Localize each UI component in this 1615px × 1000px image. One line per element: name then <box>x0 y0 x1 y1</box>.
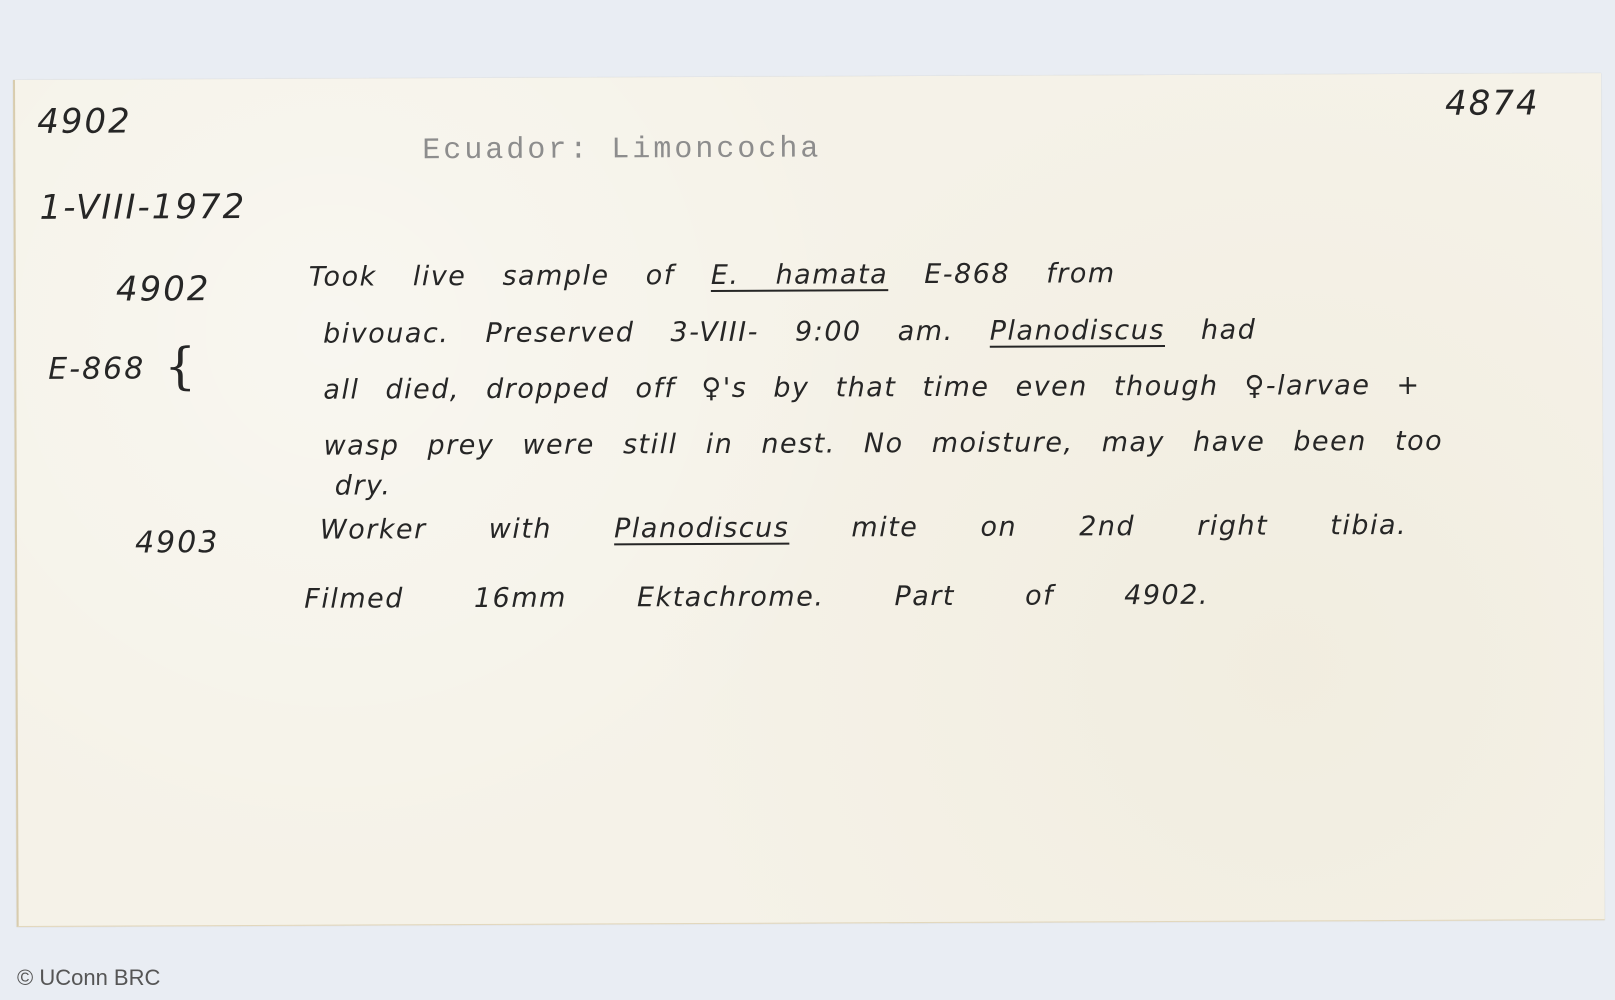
note-line-3: all died, dropped off ♀'s by that time e… <box>323 370 1420 406</box>
note-line-5: dry. <box>335 470 392 501</box>
note-text: dry. <box>335 470 392 501</box>
note-text: Took live sample of <box>309 260 711 293</box>
copyright-notice: © UConn BRC <box>17 965 160 991</box>
note-line-4: wasp prey were still in nest. No moistur… <box>324 426 1444 462</box>
genus-name: Planodiscus <box>614 513 789 545</box>
species-name: E. hamata <box>711 259 889 291</box>
brace-icon: { <box>164 341 196 391</box>
entry-number-4902: 4902 <box>116 269 211 309</box>
note-text: bivouac. Preserved 3-VIII- 9:00 am. <box>323 316 990 350</box>
entry-number-4903: 4903 <box>135 525 220 560</box>
note-line-1: Took live sample of E. hamata E-868 from <box>309 258 1116 293</box>
note-text: E-868 from <box>888 258 1116 290</box>
note-text: mite on 2nd right tibia. <box>789 510 1407 544</box>
note-line-7: Filmed 16mm Ektachrome. Part of 4902. <box>304 580 1209 615</box>
collection-date: 1-VIII-1972 <box>39 187 246 228</box>
note-text: had <box>1165 315 1257 346</box>
location-stamp: Ecuador: Limoncocha <box>422 132 821 168</box>
note-text: Filmed 16mm Ektachrome. Part of 4902. <box>304 580 1209 615</box>
note-text: wasp prey were still in nest. No moistur… <box>324 426 1444 462</box>
card-number-top-right: 4874 <box>1445 83 1540 123</box>
colony-label-e868: E-868 <box>48 351 145 386</box>
note-text: Worker with <box>320 513 614 545</box>
card-number-top-left: 4902 <box>37 101 132 141</box>
note-line-6: Worker with Planodiscus mite on 2nd righ… <box>320 510 1407 546</box>
index-card: 4902 4874 Ecuador: Limoncocha 1-VIII-197… <box>13 73 1605 927</box>
note-line-2: bivouac. Preserved 3-VIII- 9:00 am. Plan… <box>323 315 1256 350</box>
genus-name: Planodiscus <box>990 315 1165 347</box>
note-text: all died, dropped off ♀'s by that time e… <box>323 370 1420 406</box>
